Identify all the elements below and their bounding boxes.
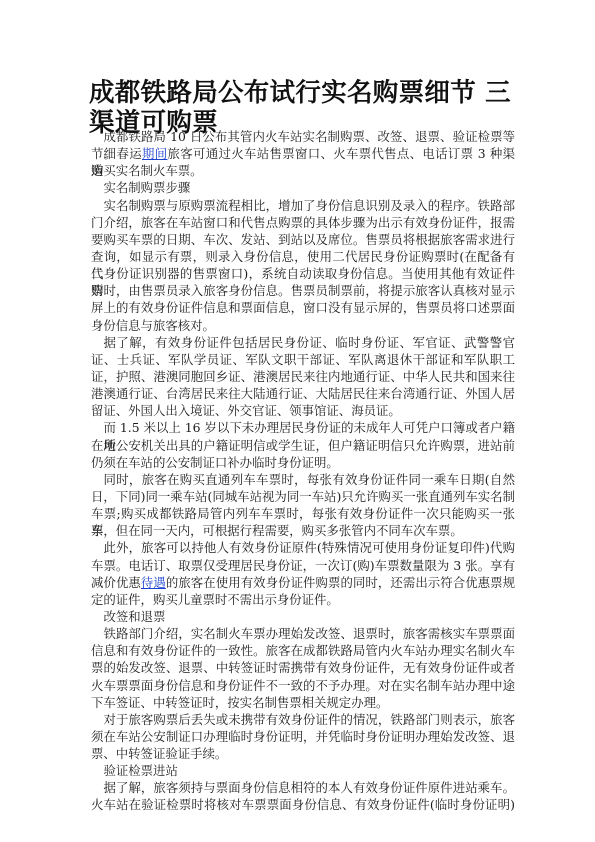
text-line: 仍须在车站的公安制证口补办临时身份证明。 <box>91 454 515 471</box>
text-line: 门介绍，旅客在车站窗口和代售点购票的具体步骤为出示有效身份证件，报需 <box>91 214 515 231</box>
text-line: 票的始发改签、退票、中转签证时需携带有效身份证件，无有效身份证件或者 <box>91 659 515 676</box>
text-line: 购买实名制火车票。 <box>91 162 515 179</box>
text-line: 港澳通行证、台湾居民来往大陆通行证、大陆居民往来台湾通行证、外国人居 <box>91 385 515 402</box>
text-line: 节。春运期间旅客可通过火车站售票窗口、火车票代售点、电话订票 3 种渠道 <box>91 145 515 162</box>
text-line: 代身份证识别器的售票窗口)，系统自动读取身份信息。当使用其他有效证件购 <box>91 265 515 282</box>
text-line: 同时，旅客在购买直通列车车票时，每张有效身份证件同一乘车日期(自然 <box>91 471 515 488</box>
text-line: 定的证件，购买儿童票时不需出示身份证件。 <box>91 591 515 608</box>
text-segment: 的旅客在使用有效身份证件购票的同时，还需出示符合优惠票规 <box>166 575 515 590</box>
text-line: 此外，旅客可以持他人有效身份证原件(特殊情况可使用身份证复印件)代购 <box>91 539 515 556</box>
text-line: 验证检票进站 <box>91 762 515 779</box>
text-line: 下车签证、中转签证时，按实名制售票相关规定办理。 <box>91 694 515 711</box>
text-line: 日，下同)同一乘车站(同城车站视为同一车站)只允许购买一张直通列车实名制 <box>91 488 515 505</box>
text-segment: 减价优惠 <box>91 575 141 590</box>
text-line: 身份信息与旅客核对。 <box>91 317 515 334</box>
text-line: 票，但在同一天内，可根据行程需要，购买多张管内不同车次车票。 <box>91 522 515 539</box>
inline-link[interactable]: 待遇 <box>141 575 166 590</box>
text-line: 火车票票面身份信息和身份证件不一致的不予办理。对在实名制车站办理中途 <box>91 677 515 694</box>
text-line: 在地公安机关出具的户籍证明信或学生证，但户籍证明信只允许购票，进站前 <box>91 437 515 454</box>
text-line: 查询，如显示有票，则录入身份信息，使用二代居民身份证购票时(在配备有二 <box>91 248 515 265</box>
text-line: 改签和退票 <box>91 608 515 625</box>
document-page: 成都铁路局公布试行实名购票细节 三 渠道可购票 成都铁路局 10 日公布其管内火… <box>0 0 595 842</box>
text-line: 车票;购买成都铁路局管内列车车票时，每张有效身份证件一次只能购买一张车 <box>91 505 515 522</box>
title-line-1: 成都铁路局公布试行实名购票细节 三 <box>89 78 519 108</box>
text-line: 据了解，有效身份证件包括居民身份证、临时身份证、军官证、武警警官 <box>91 334 515 351</box>
text-line: 铁路部门介绍，实名制火车票办理始发改签、退票时，旅客需核实车票票面 <box>91 625 515 642</box>
text-line: 须在车站公安制证口办理临时身份证明，并凭临时身份证明办理始发改签、退 <box>91 728 515 745</box>
text-line: 要购买车票的日期、车次、发站、到站以及席位。售票员将根据旅客需求进行 <box>91 231 515 248</box>
text-line: 成都铁路局 10 日公布其管内火车站实名制购票、改签、退票、验证检票等细 <box>91 128 515 145</box>
text-line: 留证、外国人出入境证、外交官证、领事馆证、海员证。 <box>91 402 515 419</box>
text-line: 火车站在验证检票时将核对车票票面身份信息、有效身份证件(临时身份证明) <box>91 796 515 813</box>
text-segment: 节。春运 <box>91 146 142 161</box>
text-line: 车票。电话订、取票仅受理居民身份证，一次订(购)车票数量限为 3 张。享有 <box>91 557 515 574</box>
article-body: 成都铁路局 10 日公布其管内火车站实名制购票、改签、退票、验证检票等细节。春运… <box>91 128 515 814</box>
text-line: 证，护照、港澳同胞回乡证、港澳居民来往内地通行证、中华人民共和国来往 <box>91 368 515 385</box>
text-line: 票时，由售票员录入旅客身份信息。售票员制票前，将提示旅客认真核对显示 <box>91 282 515 299</box>
text-line: 实名制购票步骤 <box>91 179 515 196</box>
text-line: 据了解，旅客须持与票面身份信息相符的本人有效身份证件原件进站乘车。 <box>91 779 515 796</box>
text-line: 实名制购票与原购票流程相比，增加了身份信息识别及录入的程序。铁路部 <box>91 197 515 214</box>
text-line: 屏上的有效身份证件信息和票面信息，窗口没有显示屏的，售票员将口述票面 <box>91 299 515 316</box>
text-line: 减价优惠待遇的旅客在使用有效身份证件购票的同时，还需出示符合优惠票规 <box>91 574 515 591</box>
inline-link[interactable]: 期间 <box>142 146 168 161</box>
text-line: 信息和有效身份证件的一致性。旅客在成都铁路局管内火车站办理实名制火车 <box>91 642 515 659</box>
text-line: 证、士兵证、军队学员证、军队文职干部证、军队离退休干部证和军队职工 <box>91 351 515 368</box>
text-line: 对于旅客购票后丢失或未携带有效身份证件的情况，铁路部门则表示，旅客 <box>91 711 515 728</box>
text-line: 票、中转签证验证手续。 <box>91 745 515 762</box>
text-line: 而 1.5 米以上 16 岁以下未办理居民身份证的未成年人可凭户口簿或者户籍所 <box>91 419 515 436</box>
